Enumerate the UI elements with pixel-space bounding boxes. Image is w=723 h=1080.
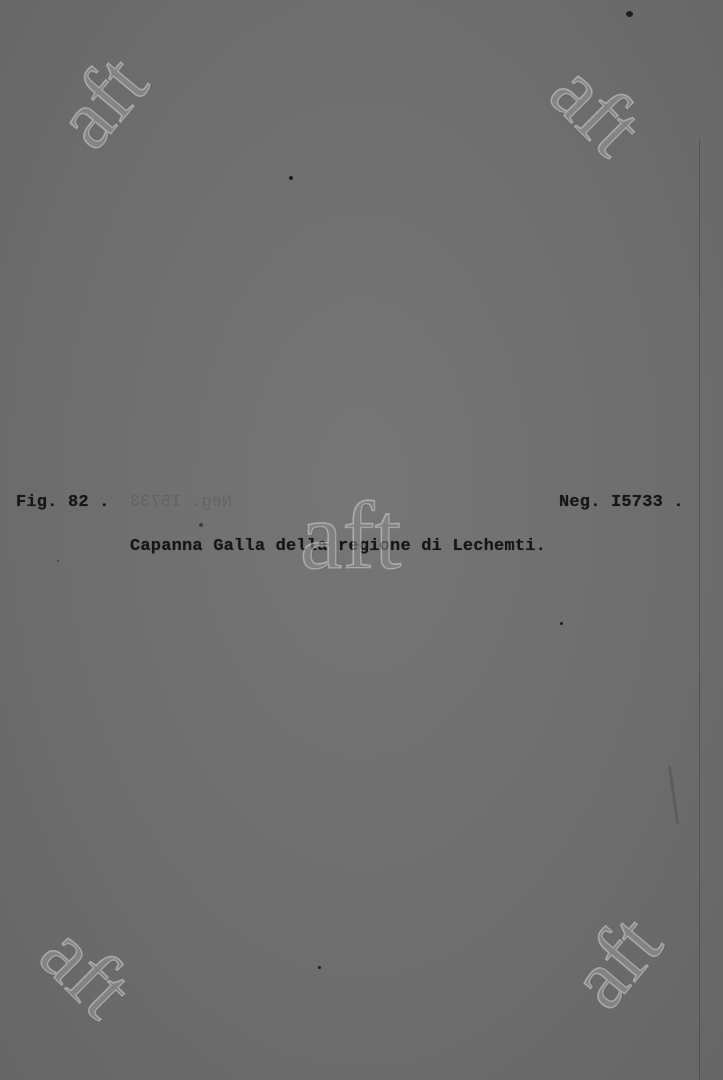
ink-speck xyxy=(318,966,321,969)
ink-speck xyxy=(626,11,633,17)
watermark-bottom-right: aft xyxy=(556,901,677,1023)
ink-speck xyxy=(199,523,203,527)
watermark-center: aft xyxy=(300,488,401,584)
watermark-top-left: aft xyxy=(42,41,163,163)
ink-speck xyxy=(289,176,293,180)
paper-crease-line xyxy=(699,140,700,1080)
ink-speck xyxy=(57,560,59,562)
figure-number: Fig. 82 . xyxy=(16,493,110,512)
paper-smudge xyxy=(668,765,679,825)
negative-number: Neg. I5733 . xyxy=(559,493,684,512)
ink-speck xyxy=(560,622,563,625)
show-through-text: Neg. I5733 xyxy=(130,493,232,512)
watermark-top-right: aft xyxy=(535,49,657,171)
watermark-bottom-left: aft xyxy=(25,911,147,1033)
document-card: Neg. I5733 aft aft aft aft Fig. 82 . Neg… xyxy=(0,0,723,1080)
